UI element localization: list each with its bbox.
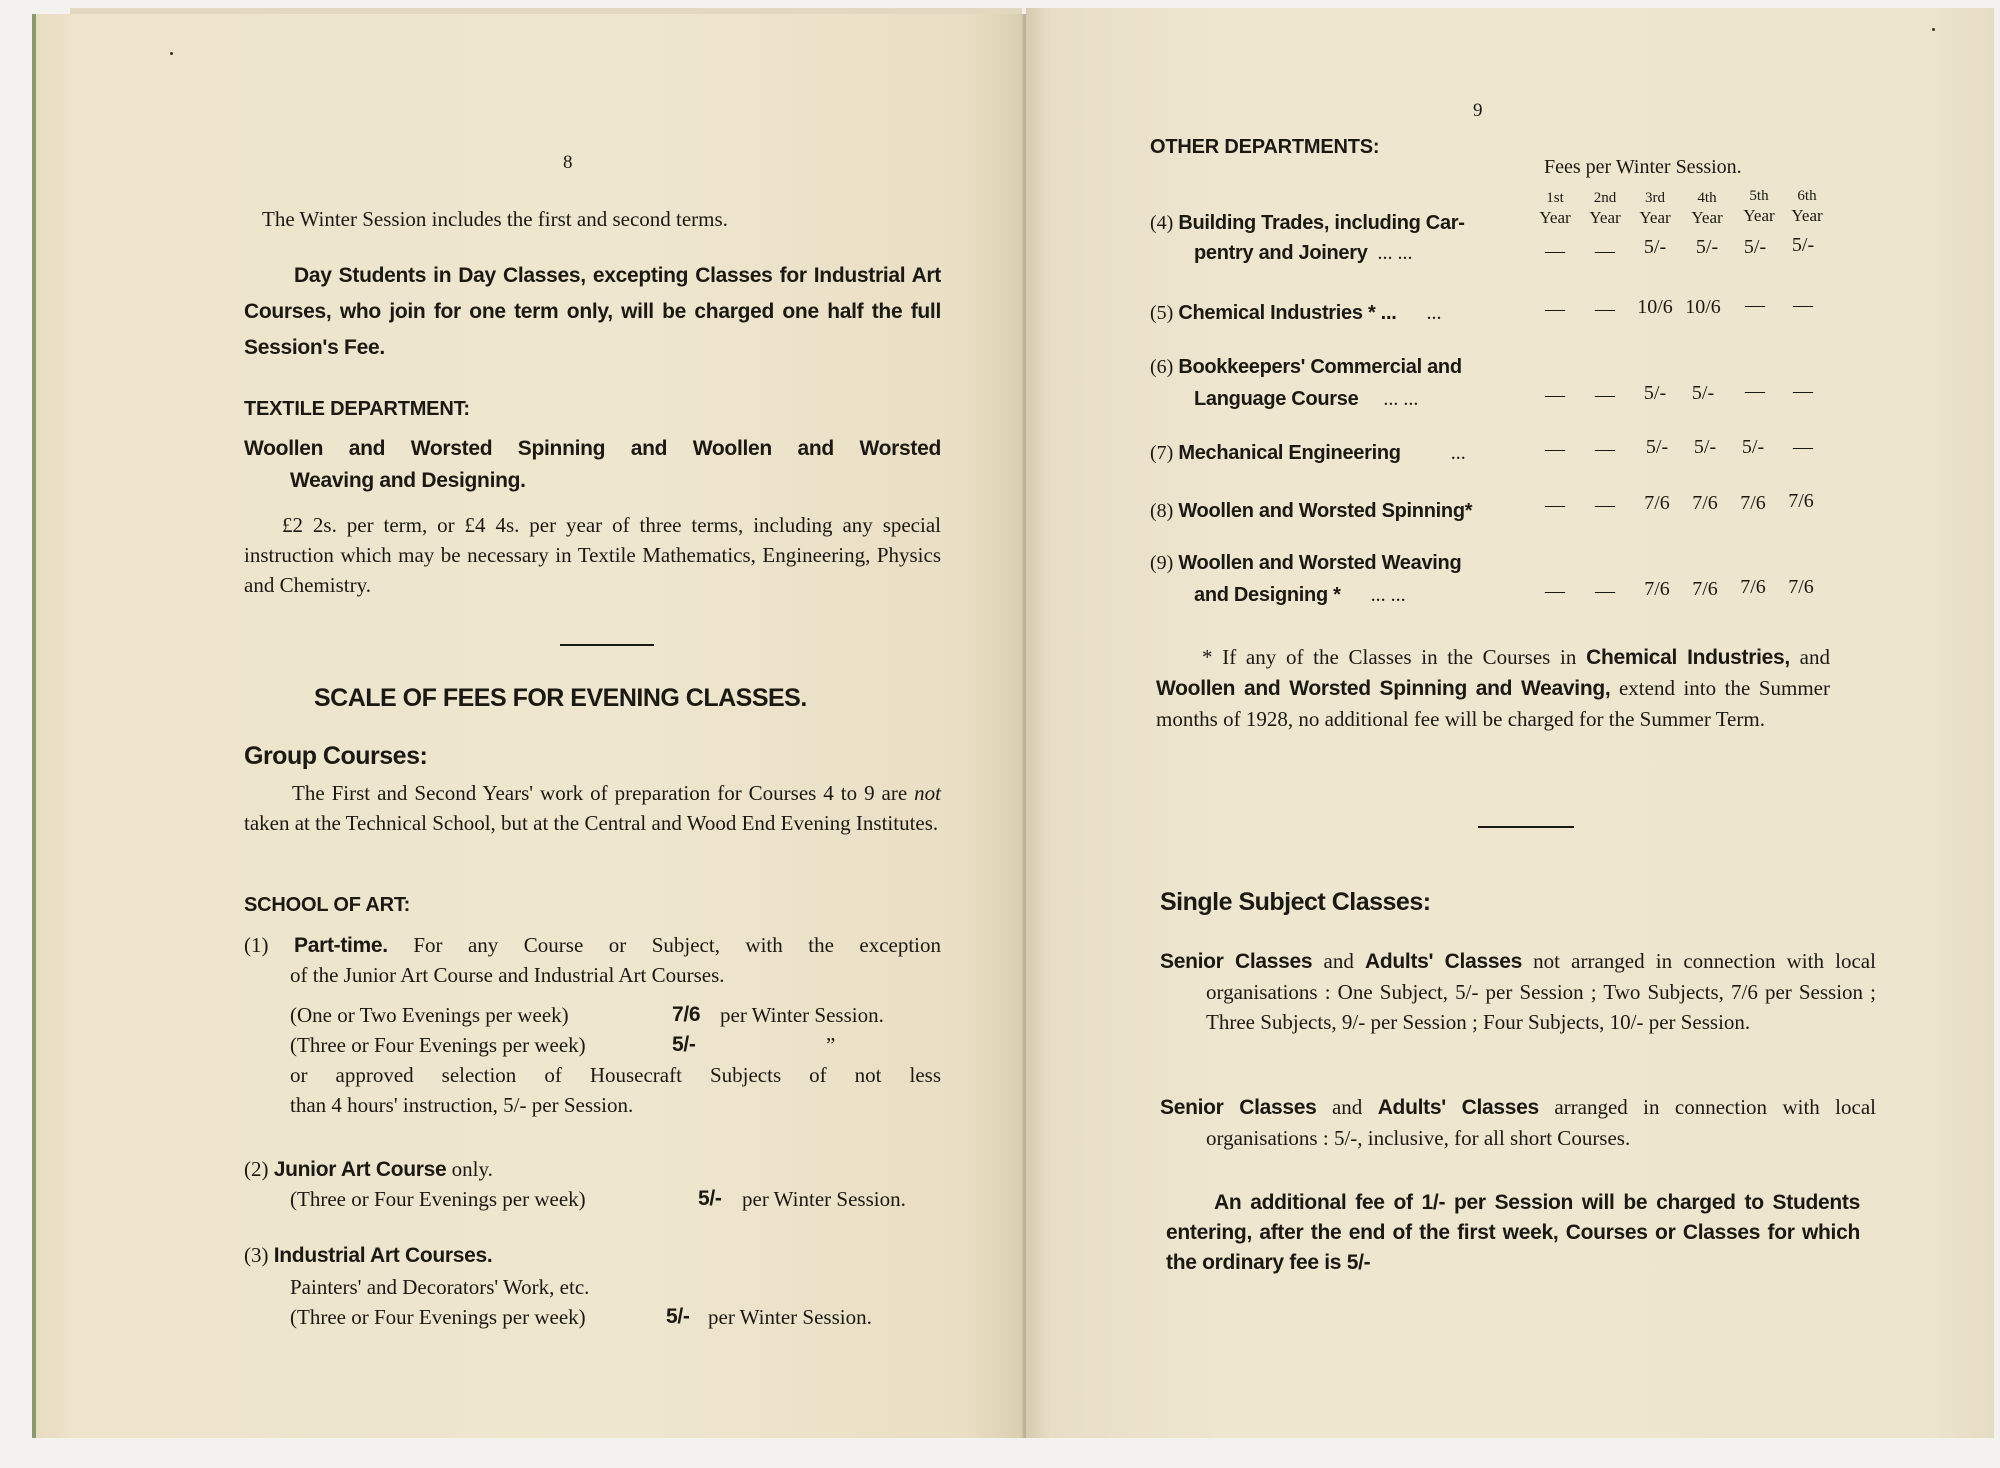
fee-cell: 7/6	[1728, 576, 1778, 599]
year-col-5: 5thYear	[1734, 186, 1784, 226]
page-number-right: 9	[1473, 100, 1483, 122]
row-building-trades-line2: pentry and Joinery ... ...	[1194, 238, 1413, 268]
fee-cell: —	[1778, 380, 1828, 403]
row-building-trades: (4) Building Trades, including Car-	[1150, 208, 1465, 238]
textile-course-line1: Woollen and Worsted Spinning and Woollen…	[244, 434, 941, 464]
right-page: 9 OTHER DEPARTMENTS: Fees per Winter Ses…	[1026, 8, 1994, 1438]
row-woollen-weaving-line2: and Designing * ... ...	[1194, 580, 1406, 610]
senior-adults-classes-arranged: Senior Classes and Adults' Classes arran…	[1160, 1092, 1876, 1153]
industrial-art-subtitle: Painters' and Decorators' Work, etc.	[290, 1272, 589, 1302]
part-time-desc-line2: of the Junior Art Course and Industrial …	[290, 960, 725, 990]
fee-cell: —	[1580, 298, 1630, 321]
fee-cell: —	[1530, 438, 1580, 461]
year-col-1: 1stYear	[1530, 188, 1580, 228]
part-time-fee-1-amount: 7/6	[672, 1000, 700, 1030]
year-col-2: 2ndYear	[1580, 188, 1630, 228]
row-chemical-industries: (5) Chemical Industries * ... ...	[1150, 298, 1441, 328]
fee-cell: 7/6	[1728, 492, 1778, 515]
fee-cell: 5/-	[1682, 236, 1732, 259]
fee-cell: —	[1580, 580, 1630, 603]
junior-art-fee-amount: 5/-	[698, 1184, 722, 1214]
housecraft-note-line2: than 4 hours' instruction, 5/- per Sessi…	[290, 1090, 633, 1120]
fee-cell: 7/6	[1776, 576, 1826, 599]
junior-art-fee-label: (Three or Four Evenings per week)	[290, 1184, 586, 1214]
fee-cell: 5/-	[1728, 436, 1778, 459]
group-courses-text: The First and Second Years' work of prep…	[244, 778, 941, 838]
textile-fee-text: £2 2s. per term, or £4 4s. per year of t…	[244, 510, 941, 600]
summer-months-footnote: * If any of the Classes in the Courses i…	[1156, 642, 1830, 734]
paper-speck	[170, 52, 173, 55]
fee-cell: —	[1530, 298, 1580, 321]
part-time-fee-1-label: (One or Two Evenings per week)	[290, 1000, 569, 1030]
fee-cell: 10/6	[1678, 296, 1728, 319]
other-departments-heading: OTHER DEPARTMENTS:	[1150, 136, 1379, 159]
fee-cell: —	[1778, 294, 1828, 317]
fee-cell: —	[1530, 384, 1580, 407]
part-time-fee-1-suffix: per Winter Session.	[720, 1000, 884, 1030]
paper-speck	[1932, 28, 1935, 31]
industrial-art-fee-suffix: per Winter Session.	[708, 1302, 872, 1332]
fee-cell: 7/6	[1632, 492, 1682, 515]
part-time-fee-2-amount: 5/-	[672, 1030, 696, 1060]
fee-cell: 5/-	[1730, 236, 1780, 259]
fee-cell: 10/6	[1630, 296, 1680, 319]
day-students-notice: Day Students in Day Classes, excepting C…	[244, 258, 941, 366]
fee-cell: 5/-	[1632, 436, 1682, 459]
winter-session-intro: The Winter Session includes the first an…	[262, 204, 728, 234]
fee-cell: 5/-	[1630, 236, 1680, 259]
group-courses-heading: Group Courses:	[244, 742, 427, 771]
fee-cell: —	[1580, 438, 1630, 461]
fee-cell: —	[1730, 294, 1780, 317]
row-woollen-weaving: (9) Woollen and Worsted Weaving	[1150, 548, 1461, 578]
row-woollen-spinning: (8) Woollen and Worsted Spinning*	[1150, 496, 1472, 526]
textile-course-line2: Weaving and Designing.	[290, 466, 526, 496]
page-number-left: 8	[563, 152, 573, 174]
additional-fee-notice: An additional fee of 1/- per Session wil…	[1166, 1188, 1860, 1278]
fee-cell: —	[1530, 580, 1580, 603]
fee-cell: —	[1730, 380, 1780, 403]
junior-art-course-item: (2) Junior Art Course only.	[244, 1154, 493, 1185]
fee-cell: 7/6	[1680, 578, 1730, 601]
section-divider	[1478, 826, 1574, 828]
fee-cell: 5/-	[1678, 382, 1728, 405]
row-mechanical-engineering: (7) Mechanical Engineering ...	[1150, 438, 1466, 468]
school-of-art-heading: SCHOOL OF ART:	[244, 894, 410, 917]
housecraft-note-line1: or approved selection of Housecraft Subj…	[290, 1060, 941, 1090]
left-page: 8 The Winter Session includes the first …	[32, 14, 1030, 1438]
row-bookkeepers: (6) Bookkeepers' Commercial and	[1150, 352, 1462, 382]
single-subject-classes-heading: Single Subject Classes:	[1160, 888, 1431, 917]
ditto-mark: ”	[826, 1030, 835, 1060]
industrial-art-courses-item: (3) Industrial Art Courses.	[244, 1240, 492, 1271]
fees-per-winter-session-caption: Fees per Winter Session.	[1544, 156, 1742, 179]
year-col-4: 4thYear	[1682, 188, 1732, 228]
senior-adults-classes-not-arranged: Senior Classes and Adults' Classes not a…	[1160, 946, 1876, 1037]
fee-cell: 7/6	[1776, 490, 1826, 513]
scale-of-fees-heading: SCALE OF FEES FOR EVENING CLASSES.	[314, 684, 807, 713]
fee-cell: 5/-	[1778, 234, 1828, 257]
fee-cell: —	[1580, 240, 1630, 263]
year-col-6: 6thYear	[1782, 186, 1832, 226]
fee-cell: —	[1530, 240, 1580, 263]
row-bookkeepers-line2: Language Course ... ...	[1194, 384, 1418, 414]
booklet-spread: 8 The Winter Session includes the first …	[30, 8, 2000, 1438]
fee-cell: —	[1530, 494, 1580, 517]
fee-cell: —	[1778, 436, 1828, 459]
fee-cell: 7/6	[1680, 492, 1730, 515]
fee-cell: 5/-	[1680, 436, 1730, 459]
fee-cell: 7/6	[1632, 578, 1682, 601]
industrial-art-fee-amount: 5/-	[666, 1302, 690, 1332]
fee-cell: 5/-	[1630, 382, 1680, 405]
industrial-art-fee-label: (Three or Four Evenings per week)	[290, 1302, 586, 1332]
fee-cell: —	[1580, 494, 1630, 517]
part-time-item: (1) Part-time. For any Course or Subject…	[244, 930, 941, 961]
section-divider	[560, 644, 654, 646]
part-time-fee-2-label: (Three or Four Evenings per week)	[290, 1030, 586, 1060]
fee-cell: —	[1580, 384, 1630, 407]
textile-department-heading: TEXTILE DEPARTMENT:	[244, 398, 470, 421]
junior-art-fee-suffix: per Winter Session.	[742, 1184, 906, 1214]
year-col-3: 3rdYear	[1630, 188, 1680, 228]
